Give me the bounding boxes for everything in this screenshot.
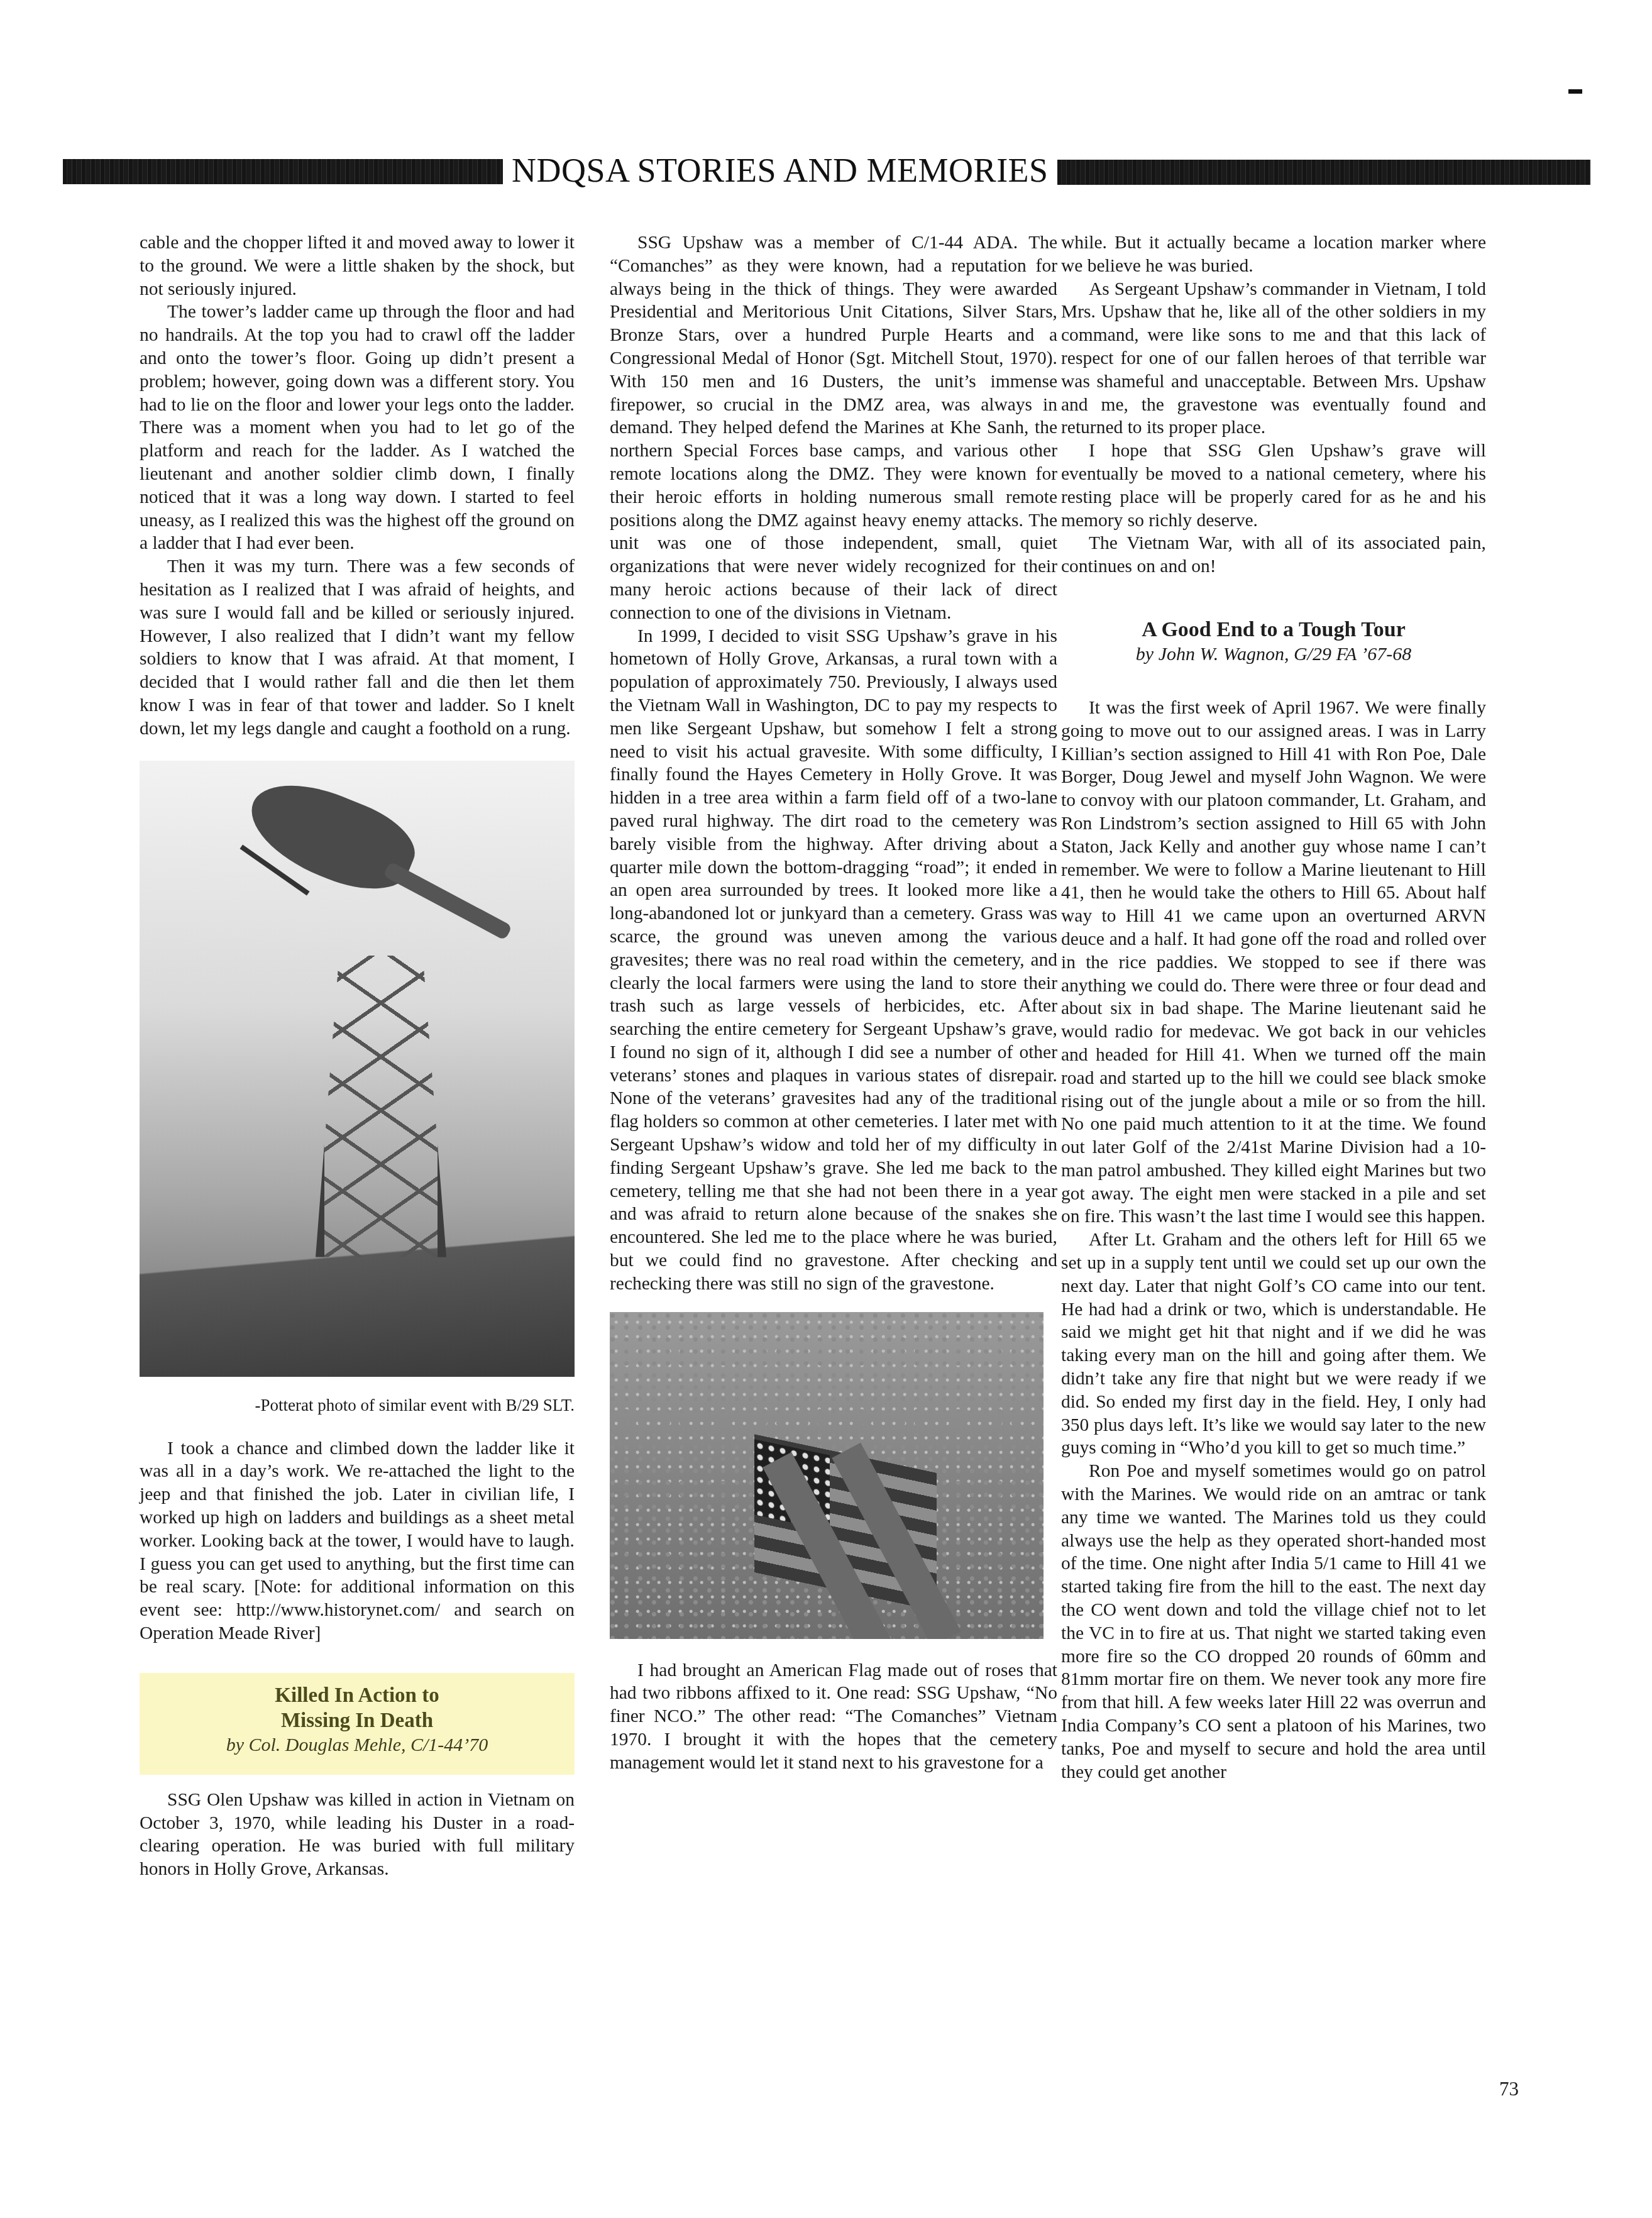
tower-icon: [316, 956, 446, 1257]
paragraph: I hope that SSG Glen Upshaw’s grave will…: [1061, 439, 1486, 532]
paragraph: After Lt. Graham and the others left for…: [1061, 1228, 1486, 1460]
story-title-box: Killed In Action to Missing In Death by …: [140, 1673, 575, 1775]
paragraph: The tower’s ladder came up through the f…: [140, 301, 575, 555]
paragraph: As Sergeant Upshaw’s commander in Vietna…: [1061, 278, 1486, 440]
story-title-line-2: Missing In Death: [140, 1708, 575, 1733]
story-title: A Good End to a Tough Tour: [1061, 617, 1486, 643]
paragraph: Ron Poe and myself sometimes would go on…: [1061, 1460, 1486, 1784]
paragraph: SSG Olen Upshaw was killed in action in …: [140, 1789, 575, 1881]
paragraph: cable and the chopper lifted it and move…: [140, 231, 575, 301]
helicopter-tower-photo: [140, 761, 575, 1377]
paragraph: I had brought an American Flag made out …: [610, 1659, 1057, 1775]
corner-registration-mark: [1568, 89, 1582, 94]
section-title: NDQSA STORIES AND MEMORIES: [503, 151, 1057, 190]
column-3: while. But it actually became a location…: [1061, 231, 1486, 1784]
story-title-line-1: Killed In Action to: [140, 1683, 575, 1708]
paragraph: Then it was my turn. There was a few sec…: [140, 555, 575, 740]
column-2: SSG Upshaw was a member of C/1-44 ADA. T…: [610, 231, 1057, 1775]
story-byline: by John W. Wagnon, G/29 FA ’67-68: [1061, 643, 1486, 666]
helicopter-tail-icon: [383, 861, 512, 940]
header-bar-right: [1057, 160, 1590, 185]
header-bar-left: [63, 159, 503, 184]
paragraph: The Vietnam War, with all of its associa…: [1061, 532, 1486, 578]
paragraph: I took a chance and climbed down the lad…: [140, 1437, 575, 1645]
photo-caption: -Potterat photo of similar event with B/…: [140, 1394, 575, 1416]
paragraph: SSG Upshaw was a member of C/1-44 ADA. T…: [610, 231, 1057, 625]
story-heading: A Good End to a Tough Tour by John W. Wa…: [1061, 617, 1486, 666]
column-1: cable and the chopper lifted it and move…: [140, 231, 575, 1881]
paragraph: It was the first week of April 1967. We …: [1061, 697, 1486, 1228]
paragraph: In 1999, I decided to visit SSG Upshaw’s…: [610, 625, 1057, 1296]
section-header: NDQSA STORIES AND MEMORIES: [63, 151, 1590, 190]
paragraph: while. But it actually became a location…: [1061, 231, 1486, 278]
page-number: 73: [1499, 2078, 1519, 2100]
rose-flag-grave-photo: [610, 1312, 1044, 1639]
helicopter-icon: [237, 766, 425, 906]
story-byline: by Col. Douglas Mehle, C/1-44’70: [140, 1733, 575, 1757]
